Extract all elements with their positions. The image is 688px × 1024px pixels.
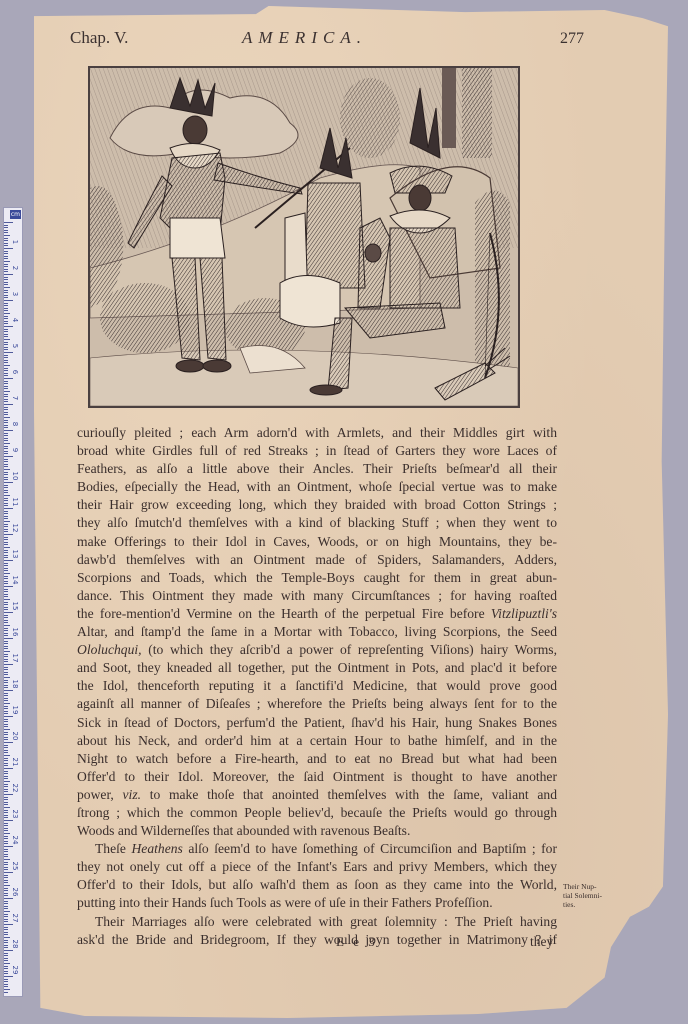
ruler-tick <box>4 446 8 447</box>
ruler-tick <box>4 828 8 829</box>
text-line: their Hair grow exceeding long, which th… <box>77 496 557 514</box>
ruler-tick <box>4 674 8 675</box>
ruler-tick <box>4 656 8 657</box>
ruler-tick <box>4 986 8 987</box>
ruler-tick <box>4 895 8 896</box>
ruler-tick <box>4 973 8 974</box>
ruler-label: 3 <box>11 288 19 300</box>
ruler-tick <box>4 929 8 930</box>
text-line: Theſe Heathens alſo ſeem'd to have ſomet… <box>77 840 557 858</box>
ruler-tick <box>4 386 8 387</box>
ruler-tick <box>4 503 8 504</box>
ruler-tick <box>4 906 8 907</box>
ruler-tick <box>4 719 8 720</box>
ruler-tick <box>4 802 8 803</box>
text-line: ſtrong ; which the common People believ'… <box>77 804 557 822</box>
ruler-tick <box>4 225 8 226</box>
ruler-tick <box>4 745 8 746</box>
ruler-tick <box>4 303 8 304</box>
ruler-tick <box>4 422 8 423</box>
text-line: ask'd the Bride and Bridegroom, If they … <box>77 931 557 949</box>
ruler-tick <box>4 560 13 561</box>
ruler-tick <box>4 313 10 314</box>
ruler-tick <box>4 399 8 400</box>
ruler-tick <box>4 583 8 584</box>
ruler-tick <box>4 362 8 363</box>
margin-note: Their Nup- tial Solemni- ties. <box>563 882 619 909</box>
ruler-tick <box>4 258 8 259</box>
ruler-tick <box>4 508 13 509</box>
ruler-label: 2 <box>11 262 19 274</box>
ruler-tick <box>4 903 8 904</box>
ruler-tick <box>4 700 8 701</box>
text-line: and Soot, they kneaded all together, put… <box>77 659 557 677</box>
ruler-tick <box>4 609 8 610</box>
ruler-tick <box>4 687 8 688</box>
ruler-label: 16 <box>11 626 19 638</box>
ruler-tick <box>4 438 8 439</box>
ruler-tick <box>4 240 8 241</box>
ruler-tick <box>4 427 8 428</box>
ruler-tick <box>4 758 8 759</box>
text-line: they not onely cut off a piece of the In… <box>77 858 557 876</box>
ruler-tick <box>4 539 8 540</box>
ruler-tick <box>4 245 8 246</box>
ruler-tick <box>4 391 10 392</box>
ruler-tick <box>4 690 13 691</box>
ruler-tick <box>4 960 8 961</box>
ruler-tick <box>4 542 8 543</box>
margin-note-line: Their Nup- <box>563 882 619 891</box>
ruler-tick <box>4 872 13 873</box>
ruler-tick <box>4 937 10 938</box>
ruler-tick <box>4 942 8 943</box>
text-line: Their Marriages alſo were celebrated wit… <box>77 913 557 931</box>
ruler-tick <box>4 945 8 946</box>
ruler-tick <box>4 807 10 808</box>
text-line: dawb'd themſelves with an Ointment made … <box>77 551 557 569</box>
ruler-tick <box>4 771 8 772</box>
text-line: broad white Girdles full of red Streaks … <box>77 442 557 460</box>
ruler-tick <box>4 765 8 766</box>
ruler-tick <box>4 846 13 847</box>
ruler-unit-label: cm <box>10 210 21 219</box>
running-title: AMERICA. <box>242 28 367 48</box>
ruler-tick <box>4 565 8 566</box>
text-line: Scorpions and Toads, which the Temple-Bo… <box>77 569 557 587</box>
ruler-tick <box>4 232 8 233</box>
ruler-tick <box>4 971 8 972</box>
ruler-tick <box>4 417 10 418</box>
ruler-tick <box>4 383 8 384</box>
ruler-tick <box>4 633 8 634</box>
ruler-tick <box>4 472 8 473</box>
ruler-tick <box>4 256 8 257</box>
ruler-tick <box>4 420 8 421</box>
ruler-tick <box>4 505 8 506</box>
ruler-tick <box>4 466 8 467</box>
ruler-tick <box>4 981 8 982</box>
text-line: dance. This Ointment they made with many… <box>77 587 557 605</box>
ruler-tick <box>4 976 13 977</box>
text-line: Bodies, eſpecially the Head, with an Oin… <box>77 478 557 496</box>
ruler-tick <box>4 875 8 876</box>
ruler-tick <box>4 599 10 600</box>
ruler-label: 14 <box>11 574 19 586</box>
ruler-tick <box>4 625 10 626</box>
ruler-label: 5 <box>11 340 19 352</box>
ruler-tick <box>4 563 8 564</box>
ruler-tick <box>4 477 8 478</box>
signature-mark: E e 3 <box>336 934 378 950</box>
ruler-tick <box>4 747 8 748</box>
ruler-tick <box>4 282 8 283</box>
ruler-tick <box>4 669 8 670</box>
ruler-tick <box>4 940 8 941</box>
ruler-tick <box>4 409 8 410</box>
ruler-tick <box>4 235 10 236</box>
ruler-tick <box>4 261 10 262</box>
ruler-tick <box>4 724 8 725</box>
ruler-tick <box>4 672 8 673</box>
ruler-tick <box>4 864 8 865</box>
ruler-tick <box>4 248 13 249</box>
ruler-tick <box>4 251 8 252</box>
ruler-tick <box>4 277 8 278</box>
ruler-tick <box>4 331 8 332</box>
ruler-tick <box>4 804 8 805</box>
ruler-tick <box>4 968 8 969</box>
ruler-tick <box>4 568 8 569</box>
ruler-tick <box>4 838 8 839</box>
engraving-scene-icon <box>90 68 518 406</box>
ruler-tick <box>4 646 8 647</box>
ruler-tick <box>4 266 8 267</box>
ruler-tick <box>4 776 8 777</box>
ruler-tick <box>4 401 8 402</box>
ruler-tick <box>4 487 8 488</box>
ruler-tick <box>4 778 8 779</box>
ruler-tick <box>4 511 8 512</box>
text-line: curiouſly pleited ; each Arm adorn'd wit… <box>77 424 557 442</box>
ruler-label: 23 <box>11 808 19 820</box>
ruler-tick <box>4 557 8 558</box>
ruler-tick <box>4 924 13 925</box>
margin-note-line: ties. <box>563 900 619 909</box>
ruler-label: 22 <box>11 782 19 794</box>
ruler-tick <box>4 596 8 597</box>
scanned-page-view: Chap. V. AMERICA. 277 <box>0 0 688 1024</box>
ruler-tick <box>4 654 8 655</box>
ruler-label: 29 <box>11 964 19 976</box>
ruler-tick <box>4 734 8 735</box>
text-line: Night to watch before a Fire-hearth, and… <box>77 750 557 768</box>
ruler-tick <box>4 742 13 743</box>
ruler-tick <box>4 859 10 860</box>
ruler-tick <box>4 479 8 480</box>
ruler-tick <box>4 916 8 917</box>
ruler-tick <box>4 966 8 967</box>
ruler-tick <box>4 919 8 920</box>
ruler-tick <box>4 706 8 707</box>
ruler-tick <box>4 958 8 959</box>
ruler-tick <box>4 321 8 322</box>
ruler-tick <box>4 591 8 592</box>
ruler-tick <box>4 604 8 605</box>
ruler-tick <box>4 581 8 582</box>
ruler-tick <box>4 911 10 912</box>
ruler-tick <box>4 726 8 727</box>
ruler-tick <box>4 375 8 376</box>
ruler-tick <box>4 292 8 293</box>
text-line: the fore-mention'd Vermine on the Hearth… <box>77 605 557 623</box>
ruler-tick <box>4 456 13 457</box>
ruler-tick <box>4 979 8 980</box>
ruler-label: 21 <box>11 756 19 768</box>
text-line: Ololuchqui, (to which they aſcrib'd a po… <box>77 641 557 659</box>
ruler-tick <box>4 862 8 863</box>
ruler-tick <box>4 908 8 909</box>
ruler-tick <box>4 448 8 449</box>
ruler-tick <box>4 760 8 761</box>
ruler-tick <box>4 781 10 782</box>
ruler-tick <box>4 869 8 870</box>
ruler-tick <box>4 550 8 551</box>
ruler-tick <box>4 243 8 244</box>
ruler-tick <box>4 264 8 265</box>
ruler-tick <box>4 290 8 291</box>
text-line: make Offerings to their Idol in Caves, W… <box>77 533 557 551</box>
ruler-tick <box>4 271 8 272</box>
ruler-label: 13 <box>11 548 19 560</box>
text-line: the Idol, thenceforth reputing it a ſanc… <box>77 677 557 695</box>
ruler-tick <box>4 435 8 436</box>
ruler-tick <box>4 310 8 311</box>
ruler-tick <box>4 843 8 844</box>
ruler-tick <box>4 552 8 553</box>
ruler-tick <box>4 755 10 756</box>
ruler-tick <box>4 461 8 462</box>
engraving-illustration <box>88 66 520 408</box>
ruler-tick <box>4 703 10 704</box>
ruler-tick <box>4 641 8 642</box>
ruler-tick <box>4 396 8 397</box>
ruler-tick <box>4 573 10 574</box>
ruler-label: 19 <box>11 704 19 716</box>
ruler-tick <box>4 329 8 330</box>
ruler-tick <box>4 339 10 340</box>
text-line: putting into their Hands ſuch Tools as w… <box>77 894 557 912</box>
ruler-tick <box>4 950 13 951</box>
ruler-label: 26 <box>11 886 19 898</box>
ruler-tick <box>4 797 8 798</box>
ruler-label: 1 <box>11 236 19 248</box>
ruler-tick <box>4 490 8 491</box>
ruler-tick <box>4 893 8 894</box>
ruler-tick <box>4 485 8 486</box>
ruler-tick <box>4 799 8 800</box>
ruler-tick <box>4 661 8 662</box>
ruler-tick <box>4 279 8 280</box>
ruler-tick <box>4 269 8 270</box>
measuring-ruler: cm 1234567891011121314151617181920212223… <box>3 207 23 997</box>
ruler-tick <box>4 316 8 317</box>
ruler-tick <box>4 885 10 886</box>
ruler-tick <box>4 464 8 465</box>
ruler-tick <box>4 729 10 730</box>
ruler-tick <box>4 992 8 993</box>
ruler-label: 7 <box>11 392 19 404</box>
ruler-tick <box>4 284 8 285</box>
ruler-tick <box>4 659 8 660</box>
ruler-tick <box>4 882 8 883</box>
ruler-tick <box>4 825 8 826</box>
ruler-tick <box>4 786 8 787</box>
ruler-tick <box>4 763 8 764</box>
ruler-label: 11 <box>11 496 19 508</box>
ruler-tick <box>4 612 13 613</box>
chapter-label: Chap. V. <box>70 28 128 48</box>
text-line: Offer'd to their Idol. Moreover, the ſai… <box>77 768 557 786</box>
text-line: Altar, and ſtamp'd the ſame in a Mortar … <box>77 623 557 641</box>
ruler-tick <box>4 537 8 538</box>
page-number: 277 <box>560 30 584 48</box>
ruler-tick <box>4 617 8 618</box>
ruler-tick <box>4 430 13 431</box>
ruler-tick <box>4 355 8 356</box>
ruler-tick <box>4 901 8 902</box>
ruler-tick <box>4 378 13 379</box>
ruler-tick <box>4 685 8 686</box>
ruler-tick <box>4 492 8 493</box>
ruler-tick <box>4 768 13 769</box>
text-line: Feathers, as alſo a little above their A… <box>77 460 557 478</box>
ruler-tick <box>4 841 8 842</box>
ruler-tick <box>4 677 10 678</box>
text-line: power, viz. to make thoſe that anointed … <box>77 786 557 804</box>
ruler-tick <box>4 651 10 652</box>
ruler-tick <box>4 989 10 990</box>
ruler-tick <box>4 791 8 792</box>
text-line: they alſo ſmutch'd themſelves with a kin… <box>77 514 557 532</box>
ruler-tick <box>4 833 10 834</box>
ruler-tick <box>4 498 8 499</box>
ruler-tick <box>4 854 8 855</box>
ruler-label: 24 <box>11 834 19 846</box>
ruler-tick <box>4 713 8 714</box>
ruler-tick <box>4 589 8 590</box>
ruler-label: 18 <box>11 678 19 690</box>
ruler-tick <box>4 300 13 301</box>
ruler-tick <box>4 680 8 681</box>
text-line: againſt all manner of Diſeaſes ; wherefo… <box>77 695 557 713</box>
ruler-tick <box>4 357 8 358</box>
ruler-tick <box>4 877 8 878</box>
ruler-tick <box>4 773 8 774</box>
ruler-tick <box>4 643 8 644</box>
ruler-tick <box>4 453 8 454</box>
ruler-tick <box>4 586 13 587</box>
ruler-tick <box>4 932 8 933</box>
ruler-tick <box>4 381 8 382</box>
ruler-tick <box>4 810 8 811</box>
ruler-tick <box>4 695 8 696</box>
ruler-tick <box>4 469 10 470</box>
ruler-tick <box>4 544 8 545</box>
ruler-tick <box>4 365 10 366</box>
ruler-tick <box>4 295 8 296</box>
text-line: Sick in ſtead of Doctors, perfum'd the P… <box>77 714 557 732</box>
ruler-tick <box>4 721 8 722</box>
ruler-tick <box>4 521 10 522</box>
ruler-tick <box>4 287 10 288</box>
ruler-tick <box>4 407 8 408</box>
ruler-tick <box>4 812 8 813</box>
ruler-label: 17 <box>11 652 19 664</box>
ruler-tick <box>4 526 8 527</box>
ruler-tick <box>4 664 13 665</box>
ruler-tick <box>4 607 8 608</box>
ruler-tick <box>4 784 8 785</box>
ruler-tick <box>4 238 8 239</box>
ruler-tick <box>4 851 8 852</box>
ruler-tick <box>4 326 13 327</box>
ruler-tick <box>4 513 8 514</box>
ruler-tick <box>4 443 10 444</box>
ruler-tick <box>4 934 8 935</box>
ruler-tick <box>4 516 8 517</box>
ruler-tick <box>4 360 8 361</box>
ruler-label: 6 <box>11 366 19 378</box>
ruler-tick <box>4 336 8 337</box>
ruler-tick <box>4 388 8 389</box>
ruler-tick <box>4 518 8 519</box>
ruler-tick <box>4 849 8 850</box>
ruler-tick <box>4 347 8 348</box>
ruler-tick <box>4 830 8 831</box>
ruler-tick <box>4 370 8 371</box>
ruler-label: 10 <box>11 470 19 482</box>
ruler-tick <box>4 752 8 753</box>
ruler-tick <box>4 890 8 891</box>
ruler-tick <box>4 888 8 889</box>
ruler-tick <box>4 789 8 790</box>
ruler-tick <box>4 344 8 345</box>
ruler-tick <box>4 414 8 415</box>
ruler-tick <box>4 373 8 374</box>
ruler-tick <box>4 323 8 324</box>
catchword: they <box>530 934 553 950</box>
ruler-tick <box>4 739 8 740</box>
ruler-label: 9 <box>11 444 19 456</box>
ruler-tick <box>4 412 8 413</box>
ruler-tick <box>4 698 8 699</box>
text-line: about his Neck, and order'd him at a cer… <box>77 732 557 750</box>
ruler-tick <box>4 555 8 556</box>
ruler-tick <box>4 638 13 639</box>
ruler-label: 4 <box>11 314 19 326</box>
ruler-tick <box>4 963 10 964</box>
ruler-tick <box>4 578 8 579</box>
ruler-tick <box>4 921 8 922</box>
ruler-tick <box>4 230 8 231</box>
ruler-tick <box>4 836 8 837</box>
ruler-tick <box>4 305 8 306</box>
ruler-tick <box>4 404 13 405</box>
ruler-tick <box>4 308 8 309</box>
ruler-tick <box>4 914 8 915</box>
ruler-label: 8 <box>11 418 19 430</box>
